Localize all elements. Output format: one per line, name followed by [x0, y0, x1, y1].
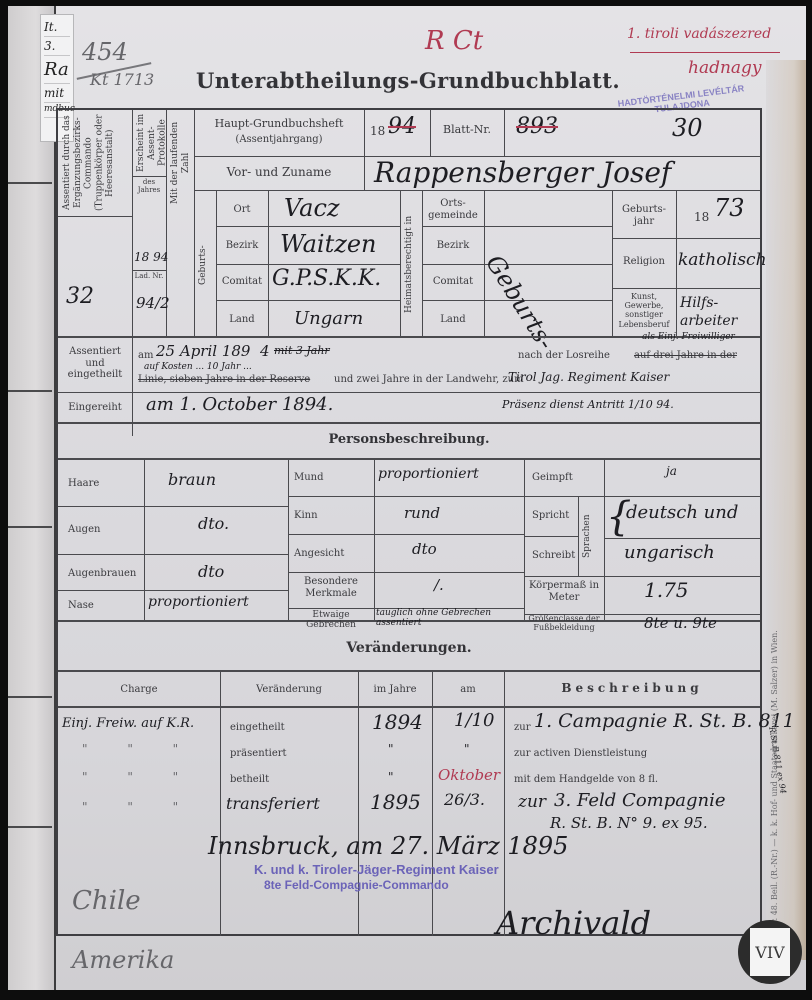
heimat-value: Geburts-: [480, 250, 560, 355]
red-underline: [630, 52, 780, 53]
col-beschreibung-header: Beschreibung: [504, 682, 760, 696]
gebrechen-label: Etwaige Gebrechen: [290, 610, 372, 631]
fussbekleidung-label: Größenclasse der Fußbekleidung: [526, 614, 602, 632]
regiment-value: Tirol Jag. Regiment Kaiser: [508, 370, 669, 384]
row2-charge: " " ": [82, 742, 196, 756]
lad-nr-label: Lad. Nr.: [134, 272, 164, 280]
red-note-regiment: 1. tiroli vadászezred: [627, 26, 771, 42]
unit-stamp-line2: 8te Feld-Compagnie-Commando: [264, 878, 449, 892]
row4-am: 26/3.: [444, 790, 485, 809]
row1-am: 1/10: [454, 710, 494, 731]
row4-zur: zur: [518, 792, 546, 812]
haare-value: braun: [168, 470, 216, 489]
kosten-insert: auf Kosten ... 10 Jahr ...: [144, 362, 252, 372]
birth-bezirk-value: Waitzen: [280, 230, 377, 258]
schreibt-label: Schreibt: [532, 550, 575, 561]
eingereiht-label: Eingereiht: [60, 402, 130, 414]
red-note-rank: hadnagy: [688, 58, 762, 78]
kinn-value: rund: [404, 504, 440, 522]
row2-veraenderung: präsentiert: [230, 748, 287, 759]
name-value: Rappensberger Josef: [374, 156, 671, 189]
blatt-nr-value: 30: [672, 114, 703, 142]
pencil-subnumber: Kt 1713: [90, 70, 154, 89]
augen-value: dto.: [198, 514, 229, 533]
blatt-nr-label: Blatt-Nr.: [432, 124, 502, 137]
birth-bezirk-label: Bezirk: [218, 240, 266, 252]
occupation-value: Hilfs-arbeiter: [680, 294, 760, 330]
assentiert-year-digit: 4: [260, 342, 270, 360]
spricht-value: deutsch und: [626, 502, 738, 523]
birth-land-label: Land: [218, 314, 266, 326]
row1-veraenderung: eingetheilt: [230, 722, 285, 733]
laufende-zahl-header: Mit der laufenden Zahl: [170, 114, 192, 212]
sprachen-label: Sprachen: [582, 500, 600, 572]
praesenzdienst-note: Präsenz dienst Antritt 1/10 94.: [502, 398, 674, 411]
name-label: Vor- und Zuname: [196, 166, 362, 180]
geburtsjahr-prefix: 18: [694, 210, 709, 224]
assentiert-durch-header: Assentiert durch das Ergänzungsbezirks-C…: [62, 114, 128, 212]
merkmale-label: Besondere Merkmale: [290, 576, 372, 599]
row1-charge: Einj. Freiw. auf K.R.: [62, 716, 194, 731]
label-strip-line: 3.: [44, 37, 70, 56]
label-strip-line: mit: [44, 84, 70, 103]
row4-charge: " " ": [82, 800, 196, 814]
note-amerika: Amerika: [72, 946, 174, 974]
row1-jahr: 1894: [372, 710, 423, 734]
blatt-nr-struck-value: 893: [516, 114, 558, 139]
nase-label: Nase: [68, 600, 94, 611]
koerpermass-label: Körpermaß in Meter: [526, 580, 602, 603]
place-date: Innsbruck, am 27. März 1895: [208, 832, 568, 860]
kinn-label: Kinn: [294, 510, 318, 521]
occupation-label: Kunst, Gewerbe, sonstiger Lebensberuf: [614, 292, 674, 329]
row1-zur: zur: [514, 722, 531, 733]
spricht-label: Spricht: [532, 510, 569, 521]
augenbrauen-label: Augenbrauen: [68, 568, 136, 579]
row1-beschreibung: 1. Campagnie R. St. B. 811: [534, 710, 795, 732]
row3-jahr: ": [388, 770, 394, 784]
label-strip-line: Ra: [44, 56, 70, 84]
archive-monogram: VIV: [750, 928, 790, 976]
mund-value: proportioniert: [378, 466, 479, 482]
red-initials: R Ct: [425, 26, 483, 56]
lad-nr-value: 94/2: [136, 294, 170, 312]
geimpft-value: ja: [666, 464, 677, 478]
augenbrauen-value: dto: [198, 562, 224, 581]
geimpft-label: Geimpft: [532, 472, 573, 483]
heimat-bezirk-label: Bezirk: [424, 240, 482, 252]
assentiert-label: Assentiert und eingetheilt: [60, 346, 130, 381]
assentiert-durch-value: 32: [66, 284, 94, 309]
hauptgrundbuch-prefix: 18: [370, 124, 385, 138]
losreihe-struck-text: auf drei Jahre in der: [634, 350, 737, 361]
row3-charge: " " ": [82, 770, 196, 784]
col-jahr-header: im Jahre: [358, 684, 432, 696]
assentiert-date: 25 April 189: [156, 342, 250, 360]
pencil-number: 454: [82, 38, 128, 66]
commander-signature: Archivald: [496, 904, 651, 942]
row5-beschreibung: R. St. B. N° 9. ex 95.: [550, 814, 708, 832]
heimat-land-label: Land: [424, 314, 482, 326]
heimat-comitat-label: Comitat: [424, 276, 482, 288]
gebrechen-value: tauglich ohne Gebrechen assentiert: [376, 608, 522, 628]
birth-comitat-label: Comitat: [218, 276, 266, 288]
heimat-group-label: Heimatsberechtigt in: [404, 196, 420, 332]
hauptgrundbuch-label: Haupt-Grundbuchsheft: [196, 118, 362, 131]
row3-am: Oktober: [438, 766, 500, 784]
religion-value: katholisch: [678, 250, 767, 270]
koerpermass-value: 1.75: [644, 578, 689, 602]
archive-logo: VIV: [738, 920, 802, 984]
losreihe-text: nach der Losreihe: [518, 350, 610, 361]
row4-beschreibung: 3. Feld Compagnie: [554, 790, 726, 811]
birth-ort-value: Vacz: [284, 194, 340, 222]
assent-year-value: 18 94: [134, 250, 168, 264]
note-chile: Chile: [72, 886, 141, 916]
assent-protokolle-header: Erscheint im Assent-Protokolle: [136, 112, 162, 174]
col-veraenderung-header: Veränderung: [220, 684, 358, 696]
haare-label: Haare: [68, 478, 99, 489]
assentiert-am: am: [138, 350, 153, 361]
geburtsjahr-label: Geburts-jahr: [614, 204, 674, 227]
geburtsjahr-value: 73: [714, 194, 745, 222]
augen-label: Augen: [68, 524, 100, 535]
row4-veraenderung: transferiert: [226, 794, 320, 813]
veraenderungen-title: Veränderungen.: [58, 640, 760, 656]
merkmale-value: /.: [434, 576, 444, 594]
unit-stamp-line1: K. und k. Tiroler-Jäger-Regiment Kaiser: [254, 862, 499, 877]
form-frame: Assentiert durch das Ergänzungsbezirks-C…: [56, 108, 762, 936]
angesicht-value: dto: [412, 540, 437, 558]
nase-value: proportioniert: [148, 594, 249, 610]
col-charge-header: Charge: [58, 684, 220, 696]
row2-jahr: ": [388, 742, 394, 756]
printer-imprint: Tag. Nr. 48. Beil. (R.-Nr.) — k. k. Hof-…: [770, 430, 784, 950]
birth-comitat-value: G.P.S.K.K.: [272, 266, 381, 291]
assentiert-struck-text: mit 3 Jahr: [274, 344, 330, 357]
row2-beschreibung: zur activen Dienstleistung: [514, 748, 647, 759]
fussbekleidung-value: 8te u. 9te: [644, 614, 717, 632]
einjaehrig-insert: als Einj. Freiwilliger: [642, 332, 735, 342]
landwehr-text: und zwei Jahre in der Landwehr, zum: [334, 374, 524, 385]
row3-beschreibung: mit dem Handgelde von 8 fl.: [514, 774, 658, 785]
des-jahres-label: des Jahres: [134, 178, 164, 194]
birth-land-value: Ungarn: [294, 308, 363, 329]
binding-spine: [8, 6, 56, 990]
religion-label: Religion: [614, 256, 674, 268]
document-title: Unterabtheilungs-Grundbuchblatt.: [196, 68, 620, 93]
mund-label: Mund: [294, 472, 324, 483]
row3-veraenderung: betheilt: [230, 774, 269, 785]
hauptgrundbuch-sublabel: (Assentjahrgang): [196, 134, 362, 146]
birth-ort-label: Ort: [218, 204, 266, 216]
row4-jahr: 1895: [370, 790, 421, 814]
personsbeschreibung-title: Personsbeschreibung.: [58, 432, 760, 447]
angesicht-label: Angesicht: [294, 548, 344, 559]
hauptgrundbuch-value: 94: [388, 114, 416, 139]
schreibt-value: ungarisch: [624, 542, 715, 563]
geburts-group-label: Geburts-: [198, 220, 214, 310]
heimat-ortsgemeinde-label: Orts-gemeinde: [424, 198, 482, 221]
col-am-header: am: [432, 684, 504, 696]
row2-am: ": [464, 742, 470, 756]
eingereiht-value: am 1. October 1894.: [146, 394, 333, 415]
reserve-struck-text: Linie, sieben Jahre in der Reserve: [138, 374, 310, 385]
label-strip-line: It.: [44, 18, 70, 37]
